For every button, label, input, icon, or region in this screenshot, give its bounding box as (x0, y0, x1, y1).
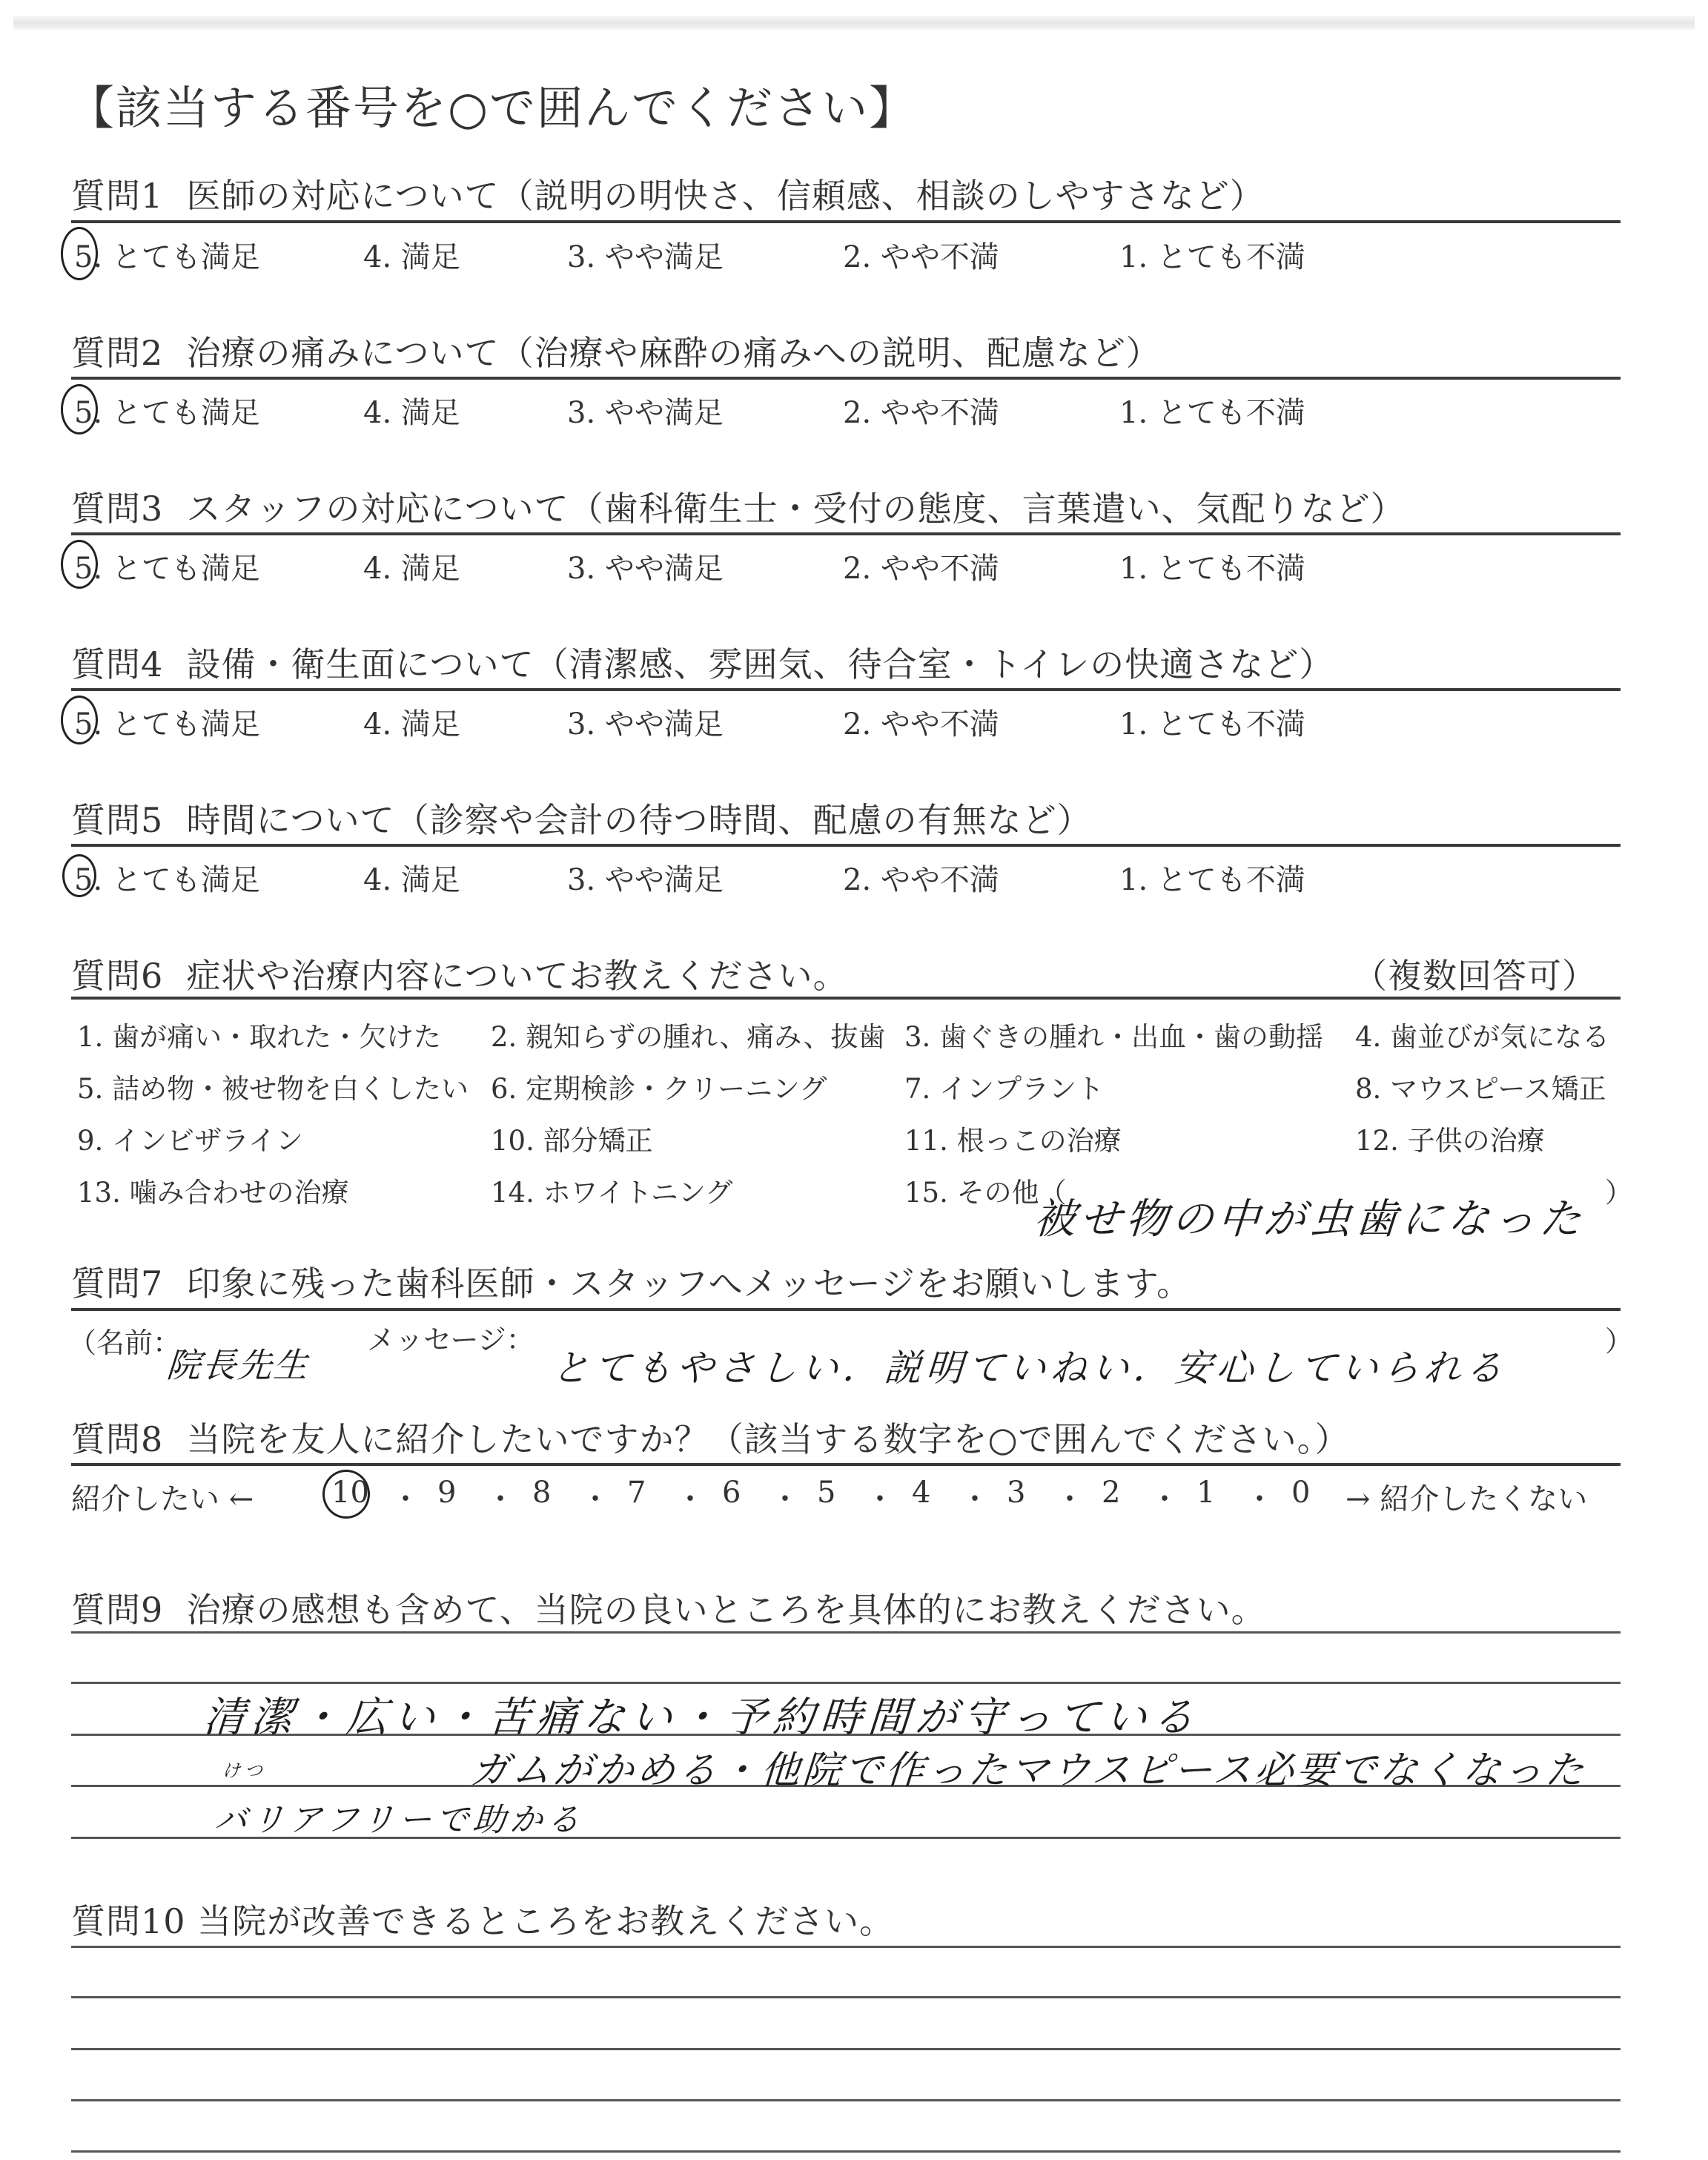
q6-option-7[interactable]: 7. インプラント (904, 1066, 1104, 1106)
q7-message-value[interactable]: とてもやさしい．説明ていねい．安心していられる (550, 1338, 1509, 1392)
q5-option-1[interactable]: 1. とても不満 (1119, 856, 1305, 899)
q8-label: 質問8 (71, 1419, 163, 1459)
q4-option-1[interactable]: 1. とても不満 (1119, 701, 1305, 743)
q6-option-5[interactable]: 5. 詰め物・被せ物を白くしたい (77, 1066, 469, 1106)
q2-option-3[interactable]: 3. やや満足 (567, 389, 724, 432)
q8-score-9[interactable]: 9 (437, 1476, 456, 1510)
q6-option-8[interactable]: 8. マウスピース矯正 (1355, 1066, 1606, 1106)
q6-option-9[interactable]: 9. インビザライン (77, 1118, 303, 1158)
q1-rule (71, 220, 1621, 223)
q6-option-13[interactable]: 13. 噛み合わせの治療 (77, 1170, 349, 1210)
q8-left-label: 紹介したい ← (71, 1476, 254, 1518)
q3-selection-circle (61, 540, 98, 589)
q1-option-5[interactable]: 5. とても満足 (74, 234, 260, 276)
q6-multiple-note: （複数回答可） (1353, 949, 1597, 998)
q2-text: 治療の痛みについて（治療や麻酔の痛みへの説明、配慮など） (187, 333, 1161, 373)
q10-label: 質問10 (71, 1901, 186, 1941)
q2-option-4[interactable]: 4. 満足 (363, 389, 460, 432)
q10-line[interactable] (71, 2150, 1621, 2153)
q2-option-5[interactable]: 5. とても満足 (74, 389, 260, 432)
q8-score-2[interactable]: 2 (1102, 1476, 1120, 1510)
q1-header: 質問1 医師の対応について（説明の明快さ、信頼感、相談のしやすさなど） (71, 169, 1265, 218)
q4-option-5[interactable]: 5. とても満足 (74, 701, 260, 743)
q5-text: 時間について（診察や会計の待つ時間、配慮の有無など） (187, 800, 1092, 840)
q9-label: 質問9 (71, 1590, 163, 1630)
q8-separator: ・ (675, 1476, 705, 1518)
q8-score-8[interactable]: 8 (532, 1476, 551, 1510)
q4-label: 質問4 (71, 644, 163, 684)
q8-separator: ・ (391, 1476, 420, 1518)
q7-rule (71, 1308, 1621, 1311)
q7-header: 質問7 印象に残った歯科医師・スタッフへメッセージをお願いします。 (71, 1257, 1191, 1306)
q6-other-answer[interactable]: 被せ物の中が虫歯になった (1032, 1186, 1588, 1246)
q9-header: 質問9 治療の感想も含めて、当院の良いところを具体的にお教えください。 (71, 1583, 1266, 1632)
q6-option-11[interactable]: 11. 根っこの治療 (904, 1118, 1122, 1158)
q6-option-10[interactable]: 10. 部分矯正 (491, 1118, 653, 1158)
q7-name-value[interactable]: 院長先生 (165, 1338, 311, 1387)
q6-option-4[interactable]: 4. 歯並びが気になる (1355, 1014, 1609, 1054)
q8-separator: ・ (770, 1476, 800, 1518)
q4-selection-circle (61, 696, 98, 744)
q4-option-3[interactable]: 3. やや満足 (567, 701, 724, 743)
q5-option-3[interactable]: 3. やや満足 (567, 856, 724, 899)
q1-option-3[interactable]: 3. やや満足 (567, 234, 724, 276)
q7-close-paren: ） (1605, 1318, 1633, 1359)
q6-option-12[interactable]: 12. 子供の治療 (1355, 1118, 1545, 1158)
q5-option-4[interactable]: 4. 満足 (363, 856, 460, 899)
q9-line (71, 1631, 1621, 1634)
q4-option-2[interactable]: 2. やや不満 (843, 701, 999, 743)
q7-name-label: （名前： (68, 1320, 181, 1361)
q2-rule (71, 377, 1621, 380)
q10-text: 当院が改善できるところをお教えください。 (197, 1901, 894, 1941)
q7-text: 印象に残った歯科医師・スタッフへメッセージをお願いします。 (187, 1264, 1192, 1304)
q1-selection-circle (61, 227, 98, 280)
q1-option-1[interactable]: 1. とても不満 (1119, 234, 1305, 276)
q8-separator: ・ (1055, 1476, 1085, 1518)
q6-option-1[interactable]: 1. 歯が痛い・取れた・欠けた (77, 1014, 441, 1054)
q6-option-6[interactable]: 6. 定期検診・クリーニング (491, 1066, 827, 1106)
q10-line[interactable] (71, 1946, 1621, 1948)
q5-header: 質問5 時間について（診察や会計の待つ時間、配慮の有無など） (71, 793, 1092, 842)
q6-header: 質問6 症状や治療内容についてお教えください。 (71, 949, 848, 998)
q8-score-7[interactable]: 7 (627, 1476, 646, 1510)
q2-option-1[interactable]: 1. とても不満 (1119, 389, 1305, 432)
q2-selection-circle (61, 384, 98, 435)
q4-rule (71, 688, 1621, 691)
q8-score-5[interactable]: 5 (817, 1476, 835, 1510)
q3-option-1[interactable]: 1. とても不満 (1119, 545, 1305, 587)
q6-text: 症状や治療内容についてお教えください。 (187, 956, 848, 996)
q6-option-3[interactable]: 3. 歯ぐきの腫れ・出血・歯の動揺 (904, 1014, 1323, 1054)
q2-label: 質問2 (71, 333, 163, 373)
q9-answer-line-1[interactable]: 清潔・広い・苦痛ない・予約時間が守っている (202, 1685, 1202, 1744)
q3-option-4[interactable]: 4. 満足 (363, 545, 460, 587)
q8-text: 当院を友人に紹介したいですか？（該当する数字を○で囲んでください。） (187, 1419, 1350, 1459)
q8-score-1[interactable]: 1 (1196, 1476, 1215, 1510)
q10-line[interactable] (71, 2048, 1621, 2050)
q5-rule (71, 844, 1621, 847)
q5-option-5[interactable]: 5. とても満足 (74, 856, 260, 899)
q2-option-2[interactable]: 2. やや不満 (843, 389, 999, 432)
q8-score-0[interactable]: 0 (1291, 1476, 1310, 1510)
scan-top-edge (13, 16, 1695, 30)
q10-line[interactable] (71, 1996, 1621, 1998)
q4-header: 質問4 設備・衛生面について（清潔感、雰囲気、待合室・トイレの快適さなど） (71, 638, 1334, 687)
q1-text: 医師の対応について（説明の明快さ、信頼感、相談のしやすさなど） (187, 176, 1265, 216)
q8-right-label: → 紹介したくない (1345, 1476, 1587, 1518)
page-title: 【該当する番号を○で囲んでください】 (68, 71, 916, 137)
q8-score-3[interactable]: 3 (1007, 1476, 1025, 1510)
q3-header: 質問3 スタッフの対応について（歯科衛生士・受付の態度、言葉遣い、気配りなど） (71, 482, 1406, 531)
q4-option-4[interactable]: 4. 満足 (363, 701, 460, 743)
q6-label: 質問6 (71, 956, 163, 996)
q8-separator: ・ (960, 1476, 990, 1518)
q10-header: 質問10 当院が改善できるところをお教えください。 (71, 1895, 894, 1943)
q3-text: スタッフの対応について（歯科衛生士・受付の態度、言葉遣い、気配りなど） (187, 489, 1406, 529)
q6-other-close-paren: ） (1605, 1170, 1632, 1210)
q2-header: 質問2 治療の痛みについて（治療や麻酔の痛みへの説明、配慮など） (71, 326, 1161, 375)
q3-option-2[interactable]: 2. やや不満 (843, 545, 999, 587)
q8-score-6[interactable]: 6 (722, 1476, 741, 1510)
q1-option-4[interactable]: 4. 満足 (363, 234, 460, 276)
q4-text: 設備・衛生面について（清潔感、雰囲気、待合室・トイレの快適さなど） (187, 644, 1334, 684)
q10-line[interactable] (71, 2099, 1621, 2101)
q3-rule (71, 532, 1621, 535)
q8-separator: ・ (486, 1476, 515, 1518)
q3-label: 質問3 (71, 489, 163, 529)
q6-rule (71, 997, 1621, 1000)
q8-separator: ・ (1150, 1476, 1179, 1518)
q1-label: 質問1 (71, 176, 163, 216)
q8-separator: ・ (1245, 1476, 1274, 1518)
q5-option-2[interactable]: 2. やや不満 (843, 856, 999, 899)
q7-label: 質問7 (71, 1264, 163, 1304)
q5-selection-circle (62, 854, 96, 897)
q9-text: 治療の感想も含めて、当院の良いところを具体的にお教えください。 (187, 1590, 1266, 1630)
q5-label: 質問5 (71, 800, 163, 840)
q3-option-5[interactable]: 5. とても満足 (74, 545, 260, 587)
q3-option-3[interactable]: 3. やや満足 (567, 545, 724, 587)
q9-answer-line-3[interactable]: バリアフリーで助かる (213, 1793, 586, 1840)
q8-rule (71, 1463, 1621, 1466)
q9-line (71, 1682, 1621, 1684)
q8-separator: ・ (580, 1476, 610, 1518)
q6-option-14[interactable]: 14. ホワイトニング (491, 1170, 732, 1210)
q8-score-4[interactable]: 4 (912, 1476, 930, 1510)
q6-option-2[interactable]: 2. 親知らずの腫れ、痛み、抜歯 (491, 1014, 886, 1054)
q9-furigana: けつ (222, 1756, 268, 1782)
q1-option-2[interactable]: 2. やや不満 (843, 234, 999, 276)
q8-header: 質問8 当院を友人に紹介したいですか？（該当する数字を○で囲んでください。） (71, 1413, 1350, 1462)
q9-answer-line-2[interactable]: ガムがかめる・他院で作ったマウスピース必要でなくなった (469, 1739, 1589, 1794)
q7-message-label: メッセージ： (367, 1317, 534, 1358)
q8-separator: ・ (865, 1476, 895, 1518)
q8-selection-circle (322, 1470, 370, 1519)
